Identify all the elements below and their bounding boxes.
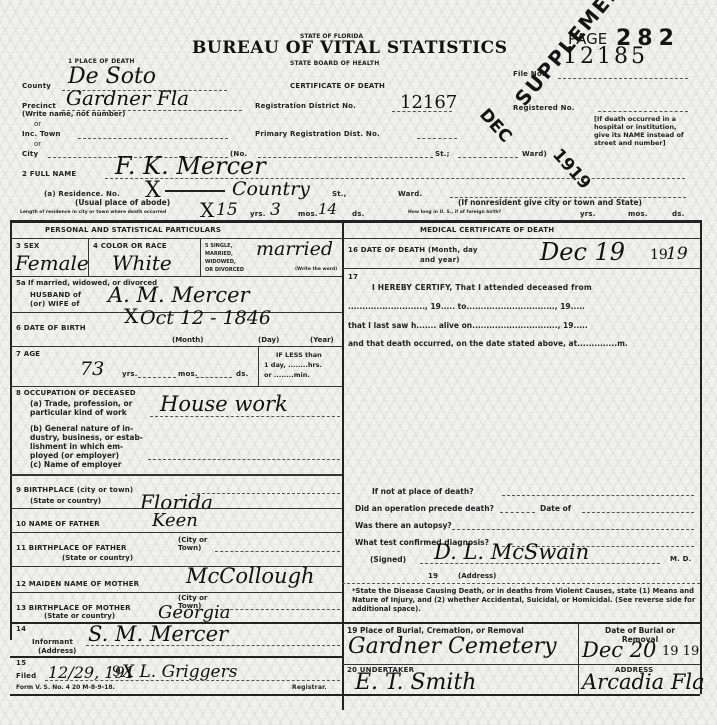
birthplace-label: 9 BIRTHPLACE (city or town)	[16, 486, 133, 494]
mother-state-or-country: (State or country)	[44, 612, 115, 620]
registrar-label: Registrar.	[292, 684, 327, 691]
marital-value: married	[256, 238, 333, 260]
occ-a-label: (a) Trade, profession, or particular kin…	[30, 399, 132, 417]
from-line: ..........................., 19..... to.…	[348, 302, 585, 311]
stamp-year: 1919	[548, 145, 595, 194]
father-city-or-town: (City or Town)	[178, 536, 218, 552]
primary-registration-label: Primary Registration Dist. No.	[255, 130, 380, 138]
form-label: Form V. S. No. 4 20 M-8-9-18.	[16, 684, 115, 691]
precinct-hint: (Write name, not number)	[22, 110, 125, 118]
father-state-or-country: (State or country)	[62, 554, 133, 562]
informant-hint: (Address)	[38, 647, 76, 655]
us-mos-label: mos.	[628, 210, 648, 218]
address-label: (Address)	[458, 572, 496, 580]
dob-value: Oct 12 - 1846	[140, 307, 271, 329]
full-name-value: F. K. Mercer	[115, 152, 266, 180]
us-yrs-label: yrs.	[580, 210, 596, 218]
cert-num: 17	[348, 273, 358, 281]
mother-label: 12 MAIDEN NAME OF MOTHER	[16, 580, 139, 588]
precinct-value: Gardner Fla	[66, 86, 189, 110]
nonresident-hint: (If nonresident give city or town and St…	[458, 198, 642, 207]
full-name-label: 2 FULL NAME	[22, 170, 76, 178]
father-label: 10 NAME OF FATHER	[16, 520, 100, 528]
autopsy-line: Was there an autopsy?	[355, 521, 452, 530]
month-hint: (Month)	[172, 336, 204, 344]
personal-section-title: PERSONAL AND STATISTICAL PARTICULARS	[45, 226, 221, 234]
dod-value: Dec 19	[540, 238, 625, 266]
length-x-mark: X	[200, 198, 214, 222]
dob-x-mark: X	[124, 304, 138, 328]
dod-year-suffix: 19	[666, 244, 688, 264]
age-label: 7 AGE	[16, 350, 40, 358]
undertaker-value: E. T. Smith	[355, 670, 476, 695]
filed-num: 15	[16, 659, 26, 667]
signed-label: (Signed)	[370, 555, 406, 564]
informant-num: 14	[16, 625, 26, 633]
medical-section-title: MEDICAL CERTIFICATE OF DEATH	[420, 226, 554, 234]
father-value: Keen	[152, 510, 198, 531]
occ-a-value: House work	[160, 392, 288, 416]
wife-label: (or) WIFE of	[30, 300, 80, 308]
length-yrs-value: 15	[216, 200, 238, 220]
occurred-line: and that death occurred, on the date sta…	[348, 339, 628, 348]
race-value: White	[112, 251, 172, 275]
stamp-month: DEC	[475, 105, 515, 147]
length-ds-value: 14	[318, 200, 337, 218]
date-of-label: Date of	[540, 504, 571, 513]
undertaker-address-value: Arcadia Fla	[582, 670, 705, 694]
certify-line: I HEREBY CERTIFY, That I attended deceas…	[372, 283, 592, 292]
certificate-title: CERTIFICATE OF DEATH	[290, 82, 385, 90]
father-birthplace-label: 11 BIRTHPLACE OF FATHER	[16, 544, 127, 552]
husband-label: HUSBAND of	[30, 291, 81, 299]
mother-value: McCollough	[186, 564, 315, 588]
burial-date-year: 19 19	[662, 644, 699, 659]
us-residence-label: How long in U. S., if of foreign birth?	[408, 210, 501, 215]
age-yrs-label: yrs.	[122, 370, 138, 378]
address-year: 19	[428, 572, 438, 580]
mos-label: mos.	[298, 210, 318, 218]
burial-value: Gardner Cemetery	[348, 634, 557, 659]
bureau-title: BUREAU OF VITAL STATISTICS	[192, 38, 507, 58]
occ-b-label: (b) General nature of in- dustry, busine…	[30, 424, 143, 469]
occupation-label: 8 OCCUPATION OF DECEASED	[16, 389, 136, 397]
registration-district-label: Registration District No.	[255, 102, 356, 110]
registration-district-value: 12167	[400, 92, 457, 113]
filed-year: 9	[112, 664, 121, 680]
county-label: County	[22, 82, 51, 90]
residence-value: Country	[232, 178, 310, 200]
length-mos-value: 3	[270, 200, 281, 220]
less-than-block: IF LESS than 1 day, ........hrs. or ....…	[264, 350, 322, 380]
not-at-place-line: If not at place of death?	[372, 487, 474, 496]
year-hint: (Year)	[310, 336, 334, 344]
residence-label: (a) Residence. No.	[44, 190, 120, 198]
residence-ward-label: Ward.	[398, 190, 422, 198]
city-label: City	[22, 150, 38, 158]
last-saw-line: that I last saw h....... alive on.......…	[348, 321, 588, 330]
ward-label: Ward)	[522, 150, 547, 158]
length-residence-label: Length of residence in city or town wher…	[20, 210, 166, 215]
md-label: M. D.	[670, 555, 692, 563]
precinct-label: Precinct	[22, 102, 56, 110]
filed-label: Filed	[16, 672, 36, 680]
sex-label: 3 SEX	[16, 242, 40, 250]
operation-line: Did an operation precede death?	[355, 504, 494, 513]
birthplace-hint: (State or country)	[30, 497, 101, 505]
ds-label: ds.	[352, 210, 364, 218]
dob-label: 6 DATE OF BIRTH	[16, 324, 86, 332]
dod-label: 16 DATE OF DEATH (Month, day	[348, 246, 478, 254]
st-label: St.;	[435, 150, 450, 158]
us-ds-label: ds.	[672, 210, 684, 218]
yrs-label: yrs.	[250, 210, 266, 218]
race-label: 4 COLOR OR RACE	[93, 242, 167, 250]
burial-date-value: Dec 20	[582, 638, 656, 662]
age-value: 73	[80, 358, 104, 380]
informant-value: S. M. Mercer	[88, 622, 228, 646]
or-label-1: or	[34, 120, 41, 128]
dod-label-2: and year)	[420, 256, 460, 264]
age-ds-label: ds.	[236, 370, 248, 378]
age-mos-label: mos.	[178, 370, 198, 378]
residence-st-label: St.,	[332, 190, 347, 198]
mother-birthplace-label: 13 BIRTHPLACE OF MOTHER	[16, 604, 131, 612]
signed-value: D. L. McSwain	[434, 540, 589, 564]
bureau-subtitle: STATE BOARD OF HEALTH	[290, 60, 379, 67]
residence-hint: (Usual place of abode)	[75, 198, 170, 207]
sex-value: Female	[15, 251, 89, 275]
mother-birthplace-value: Georgia	[158, 602, 230, 623]
hospital-note: [If death occurred in a hospital or inst…	[594, 115, 694, 147]
death-certificate-page: STATE OF FLORIDA BUREAU OF VITAL STATIST…	[0, 0, 717, 725]
registrar-signature: X L. Griggers	[122, 662, 237, 682]
informant-label: Informant	[32, 638, 73, 646]
or-label-2: or	[34, 140, 41, 148]
footnote: *State the Disease Causing Death, or in …	[352, 587, 696, 614]
day-hint: (Day)	[258, 336, 279, 344]
inc-town-label: Inc. Town	[22, 130, 61, 138]
marital-hint: (Write the word)	[295, 267, 337, 272]
